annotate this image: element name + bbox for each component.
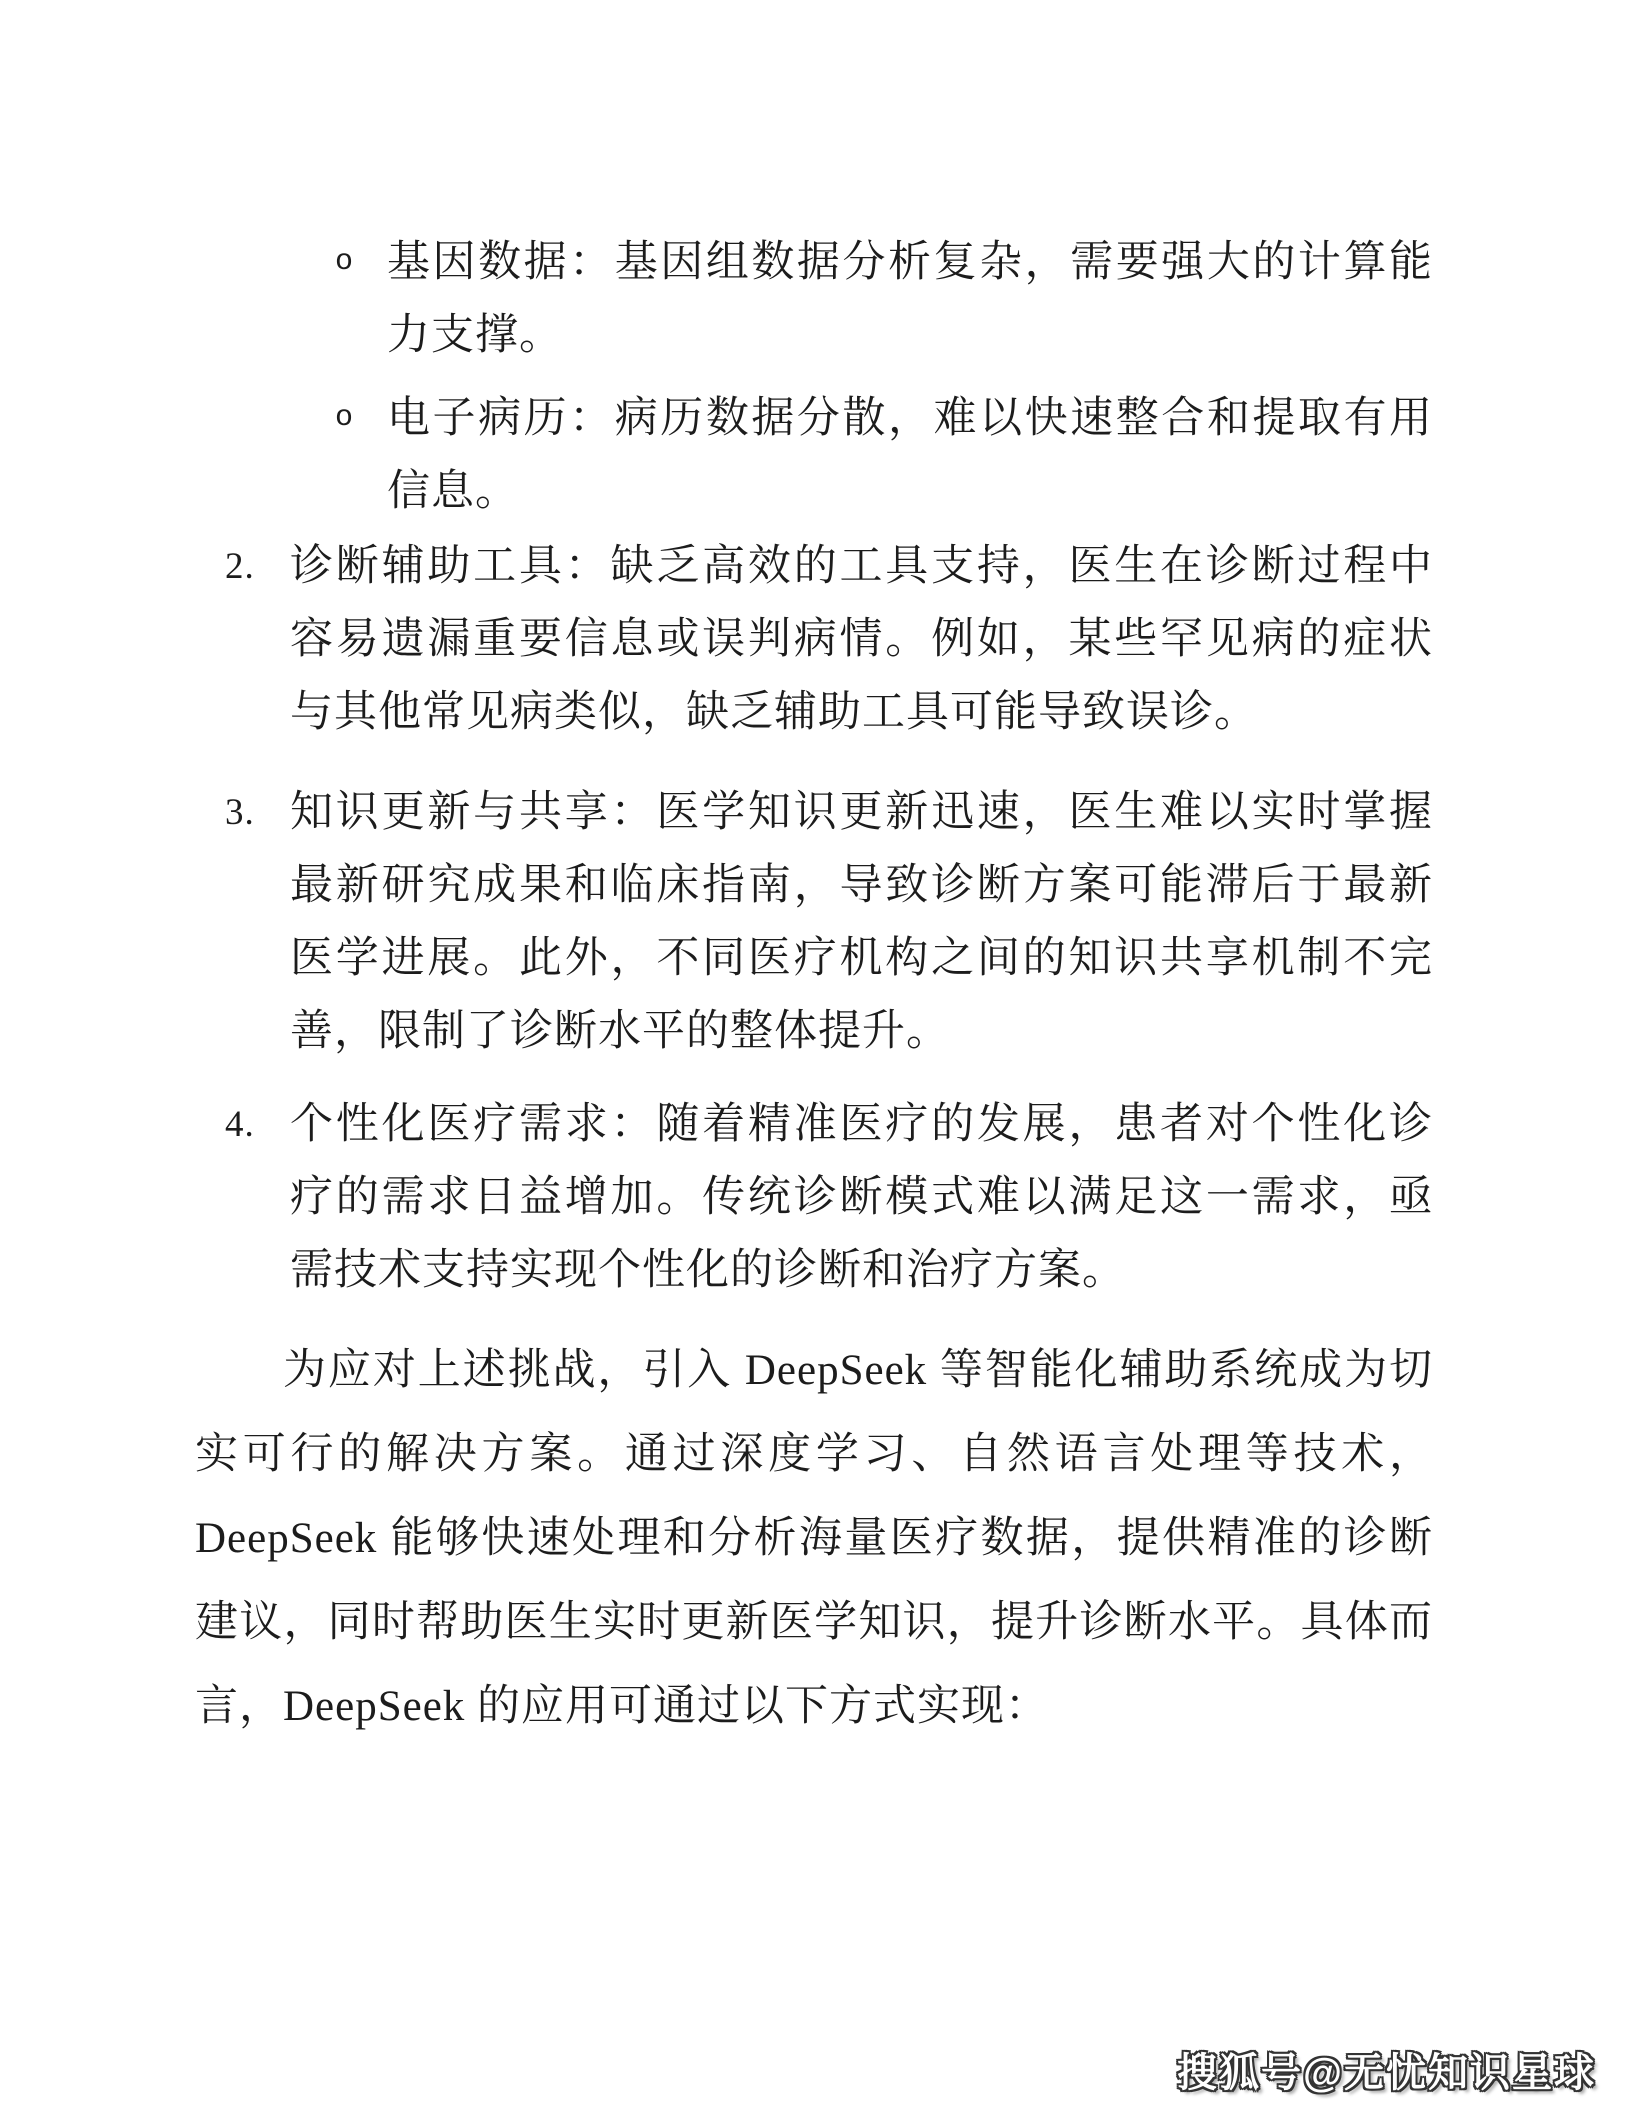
sub-bullet-item: o 基因数据：基因组数据分析复杂，需要强大的计算能力支撑。	[195, 226, 1433, 372]
bullet-marker-icon: o	[195, 226, 387, 299]
document-body: o 基因数据：基因组数据分析复杂，需要强大的计算能力支撑。 o 电子病历：病历数…	[195, 226, 1433, 1792]
watermark-text: 搜狐号@无忧知识星球	[1177, 2051, 1596, 2095]
numbered-list-item: 4. 个性化医疗需求：随着精准医疗的发展，患者对个性化诊疗的需求日益增加。传统诊…	[195, 1088, 1433, 1307]
closing-paragraph: 为应对上述挑战，引入 DeepSeek 等智能化辅助系统成为切实可行的解决方案。…	[195, 1329, 1433, 1749]
list-item-number: 4.	[195, 1088, 290, 1161]
list-item-text: 知识更新与共享：医学知识更新迅速，医生难以实时掌握最新研究成果和临床指南，导致诊…	[290, 776, 1433, 1068]
list-item-text: 诊断辅助工具：缺乏高效的工具支持，医生在诊断过程中容易遗漏重要信息或误判病情。例…	[290, 530, 1433, 749]
numbered-list-item: 3. 知识更新与共享：医学知识更新迅速，医生难以实时掌握最新研究成果和临床指南，…	[195, 776, 1433, 1068]
sub-bullet-text: 电子病历：病历数据分散，难以快速整合和提取有用信息。	[387, 382, 1433, 528]
list-item-text: 个性化医疗需求：随着精准医疗的发展，患者对个性化诊疗的需求日益增加。传统诊断模式…	[290, 1088, 1433, 1307]
document-page: o 基因数据：基因组数据分析复杂，需要强大的计算能力支撑。 o 电子病历：病历数…	[0, 0, 1632, 2112]
bullet-marker-icon: o	[195, 382, 387, 455]
numbered-list-item: 2. 诊断辅助工具：缺乏高效的工具支持，医生在诊断过程中容易遗漏重要信息或误判病…	[195, 530, 1433, 749]
sub-bullet-item: o 电子病历：病历数据分散，难以快速整合和提取有用信息。	[195, 382, 1433, 528]
list-item-number: 2.	[195, 530, 290, 603]
list-item-number: 3.	[195, 776, 290, 849]
sub-bullet-text: 基因数据：基因组数据分析复杂，需要强大的计算能力支撑。	[387, 226, 1433, 372]
watermark: 搜狐号@无忧知识星球	[1177, 2041, 1596, 2098]
